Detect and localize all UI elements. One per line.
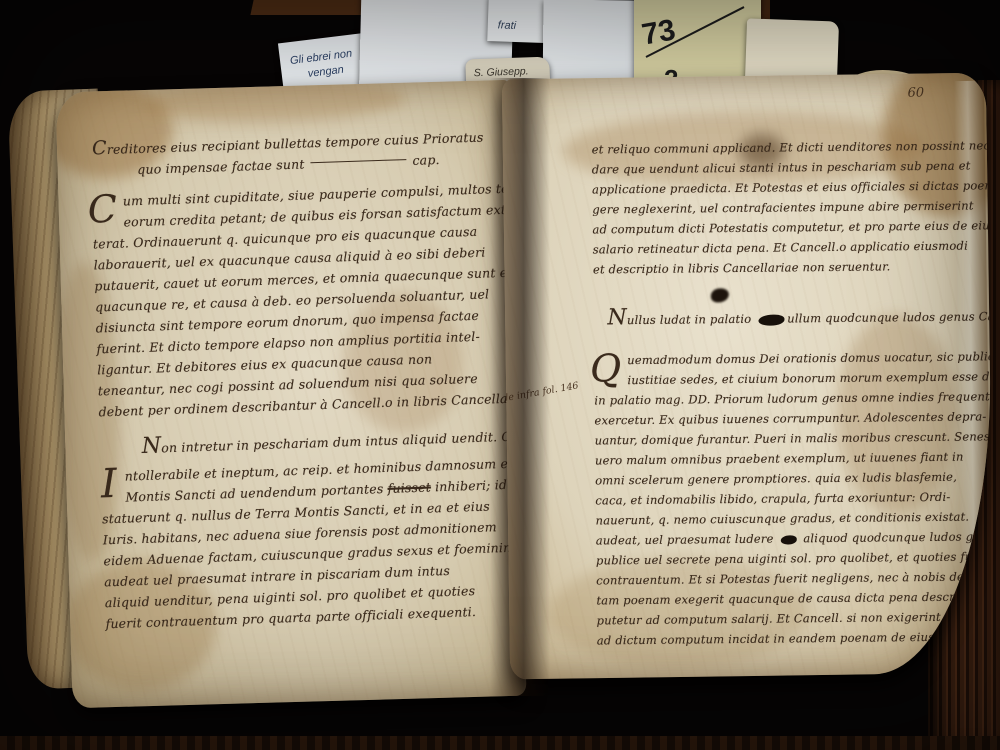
manuscript-photo: Gli ebrei non vengan frati 73 2 S. Giuse…: [0, 0, 1000, 750]
heading-initial: N: [607, 305, 627, 330]
manuscript-line: ad dictum computum incidat in eandem poe…: [597, 626, 989, 650]
right-paragraph-2: Q uemadmodum domus Dei orationis domus u…: [594, 346, 989, 650]
left-chapter-heading: Creditores eius recipiant bullettas temp…: [89, 125, 486, 181]
right-paragraph-1: et reliquo communi applicand. Et dicti u…: [592, 135, 985, 279]
left-chapter-heading-2: Non intretur in peschariam dum intus ali…: [141, 424, 496, 459]
right-page: 60 Vide infra fol. 146 et reliquo commun…: [502, 73, 994, 680]
paper-stain: [145, 80, 406, 126]
wood-floor-strip: [0, 736, 1000, 750]
struck-word: fuisset: [387, 479, 431, 495]
manuscript-line: salario retineatur dicta pena. Et Cancel…: [593, 235, 985, 259]
right-page-text-block: et reliquo communi applicand. Et dicti u…: [592, 135, 989, 650]
tab-label: S. Giusepp.: [474, 65, 550, 80]
left-paragraph-2: I ntollerabile et ineptum, ac reip. et h…: [100, 453, 501, 634]
heading-text: on intretur in peschariam dum intus aliq…: [161, 428, 527, 455]
heading-text: ullus ludat in palatio: [627, 312, 755, 327]
right-chapter-heading: Nullus ludat in palatio ullum quodcunque…: [607, 304, 985, 330]
left-page-text-block: Creditores eius recipiant bullettas temp…: [89, 125, 501, 634]
heading-initial: C: [92, 137, 107, 159]
paper-slip-frati-note: frati: [487, 0, 547, 43]
ink-blot: [758, 314, 784, 325]
heading-rule-line: [310, 159, 406, 163]
folio-number: 60: [907, 86, 924, 101]
ink-blot: [780, 535, 796, 544]
heading-text: quo impensae factae sunt: [137, 156, 305, 177]
book-cover-sliver: [250, 0, 365, 15]
yellow-note-number: 73: [639, 13, 678, 52]
paper-slip-beige-card: [745, 18, 839, 83]
heading-initial: N: [141, 433, 161, 459]
drop-cap: I: [100, 466, 117, 503]
heading-cap-label: cap.: [412, 152, 440, 168]
drop-cap: C: [87, 192, 117, 227]
margin-note: Vide infra fol. 146: [502, 379, 589, 406]
heading-text: ullum quodcunque ludos genus Cap.: [787, 309, 994, 325]
slip-note-line: frati: [498, 19, 546, 33]
left-paragraph-1: C um multi sint cupiditate, siue pauperi…: [91, 178, 494, 422]
drop-cap: Q: [590, 351, 622, 385]
left-page: Creditores eius recipiant bullettas temp…: [55, 80, 526, 708]
